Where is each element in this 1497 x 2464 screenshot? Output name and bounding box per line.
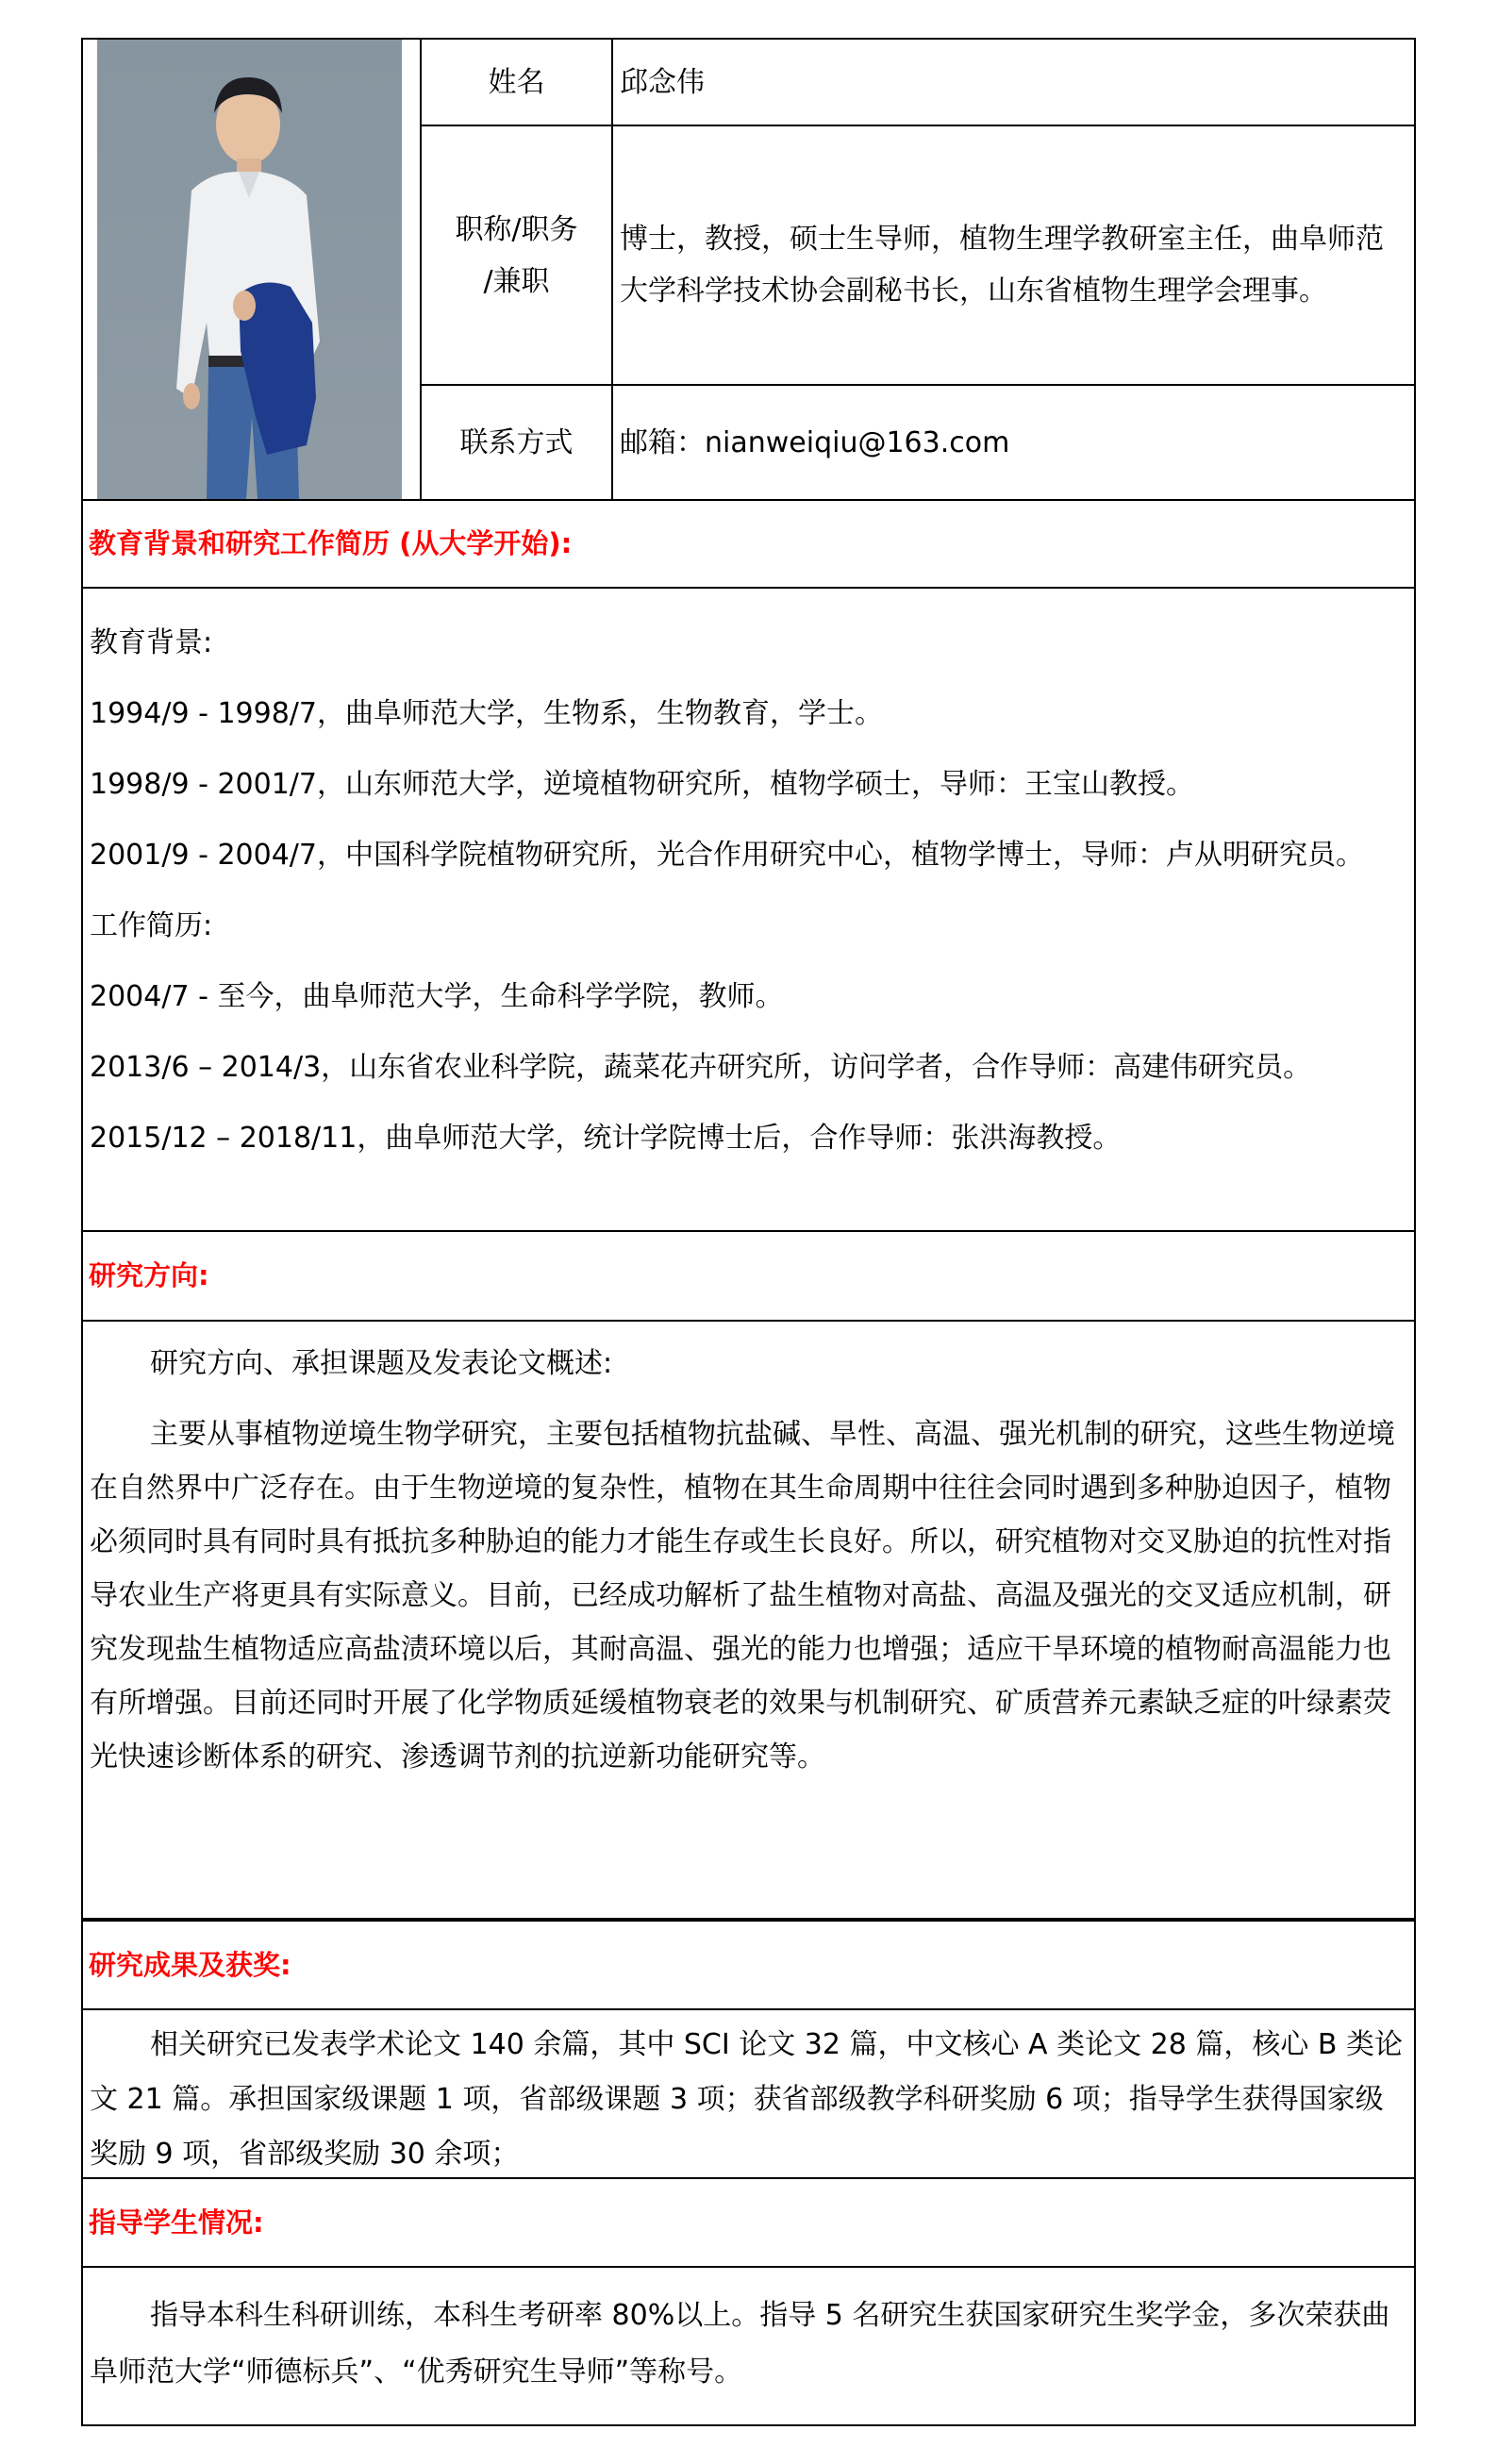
education-item: 1998/9 - 2001/7，山东师范大学，逆境植物研究所，植物学硕士，导师：… [90,749,1408,820]
research-paragraph: 主要从事植物逆境生物学研究，主要包括植物抗盐碱、旱性、高温、强光机制的研究，这些… [90,1407,1408,1784]
work-label: 工作简历: [90,891,1408,961]
education-label: 教育背景: [90,608,1408,678]
portrait-photo [97,40,402,499]
students-body: 指导本科生科研训练，本科生考研率 80%以上。指导 5 名研究生获国家研究生奖学… [90,2288,1408,2401]
contact-label-cell: 联系方式 [422,386,611,499]
name-value-cell: 邱念伟 [613,40,1414,125]
education-heading-cell: 教育背景和研究工作简历 (从大学开始): [89,501,1409,587]
contact-label: 联系方式 [460,417,574,469]
work-item: 2013/6 – 2014/3，山东省农业科学院，蔬菜花卉研究所，访问学者，合作… [90,1032,1408,1103]
name-label-cell: 姓名 [422,40,611,125]
awards-heading: 研究成果及获奖: [89,1940,291,1991]
research-intro: 研究方向、承担课题及发表论文概述: [90,1328,1408,1399]
work-item: 2015/12 – 2018/11，曲阜师范大学，统计学院博士后，合作导师：张洪… [90,1103,1408,1174]
awards-paragraph: 相关研究已发表学术论文 140 余篇，其中 SCI 论文 32 篇，中文核心 A… [90,2018,1408,2182]
education-item: 1994/9 - 1998/7，曲阜师范大学，生物系，生物教育，学士。 [90,678,1408,749]
profile-table: 姓名 邱念伟 职称/职务 /兼职 博士，教授，硕士生导师，植物生理学教研室主任，… [81,38,1416,1920]
education-body: 教育背景: 1994/9 - 1998/7，曲阜师范大学，生物系，生物教育，学士… [90,608,1408,1174]
achievements-table: 研究成果及获奖: 相关研究已发表学术论文 140 余篇，其中 SCI 论文 32… [81,1920,1416,2426]
contact-value-cell: 邮箱：nianweiqiu@163.com [613,386,1414,499]
name-label: 姓名 [489,57,545,108]
research-heading: 研究方向: [89,1250,209,1302]
students-paragraph: 指导本科生科研训练，本科生考研率 80%以上。指导 5 名研究生获国家研究生奖学… [90,2288,1408,2401]
work-item: 2004/7 - 至今，曲阜师范大学，生命科学学院，教师。 [90,961,1408,1032]
contact-email[interactable]: 邮箱：nianweiqiu@163.com [620,417,1009,469]
name-value: 邱念伟 [620,57,705,108]
title-value-cell: 博士，教授，硕士生导师，植物生理学教研室主任，曲阜师范大学科学技术协会副秘书长，… [613,126,1414,384]
education-heading: 教育背景和研究工作简历 (从大学开始): [89,518,572,570]
students-heading-cell: 指导学生情况: [89,2179,1409,2266]
research-heading-cell: 研究方向: [89,1232,1409,1320]
title-label-line1: 职称/职务 [455,204,577,256]
person-photo-icon [97,40,402,499]
students-heading: 指导学生情况: [89,2197,264,2249]
education-item: 2001/9 - 2004/7，中国科学院植物研究所，光合作用研究中心，植物学博… [90,820,1408,891]
title-label-cell: 职称/职务 /兼职 [422,126,611,384]
research-body: 研究方向、承担课题及发表论文概述: 主要从事植物逆境生物学研究，主要包括植物抗盐… [90,1328,1408,1784]
title-label-line2: /兼职 [483,256,549,308]
title-value: 博士，教授，硕士生导师，植物生理学教研室主任，曲阜师范大学科学技术协会副秘书长，… [620,213,1410,317]
awards-heading-cell: 研究成果及获奖: [89,1922,1409,2008]
awards-body: 相关研究已发表学术论文 140 余篇，其中 SCI 论文 32 篇，中文核心 A… [90,2018,1408,2182]
